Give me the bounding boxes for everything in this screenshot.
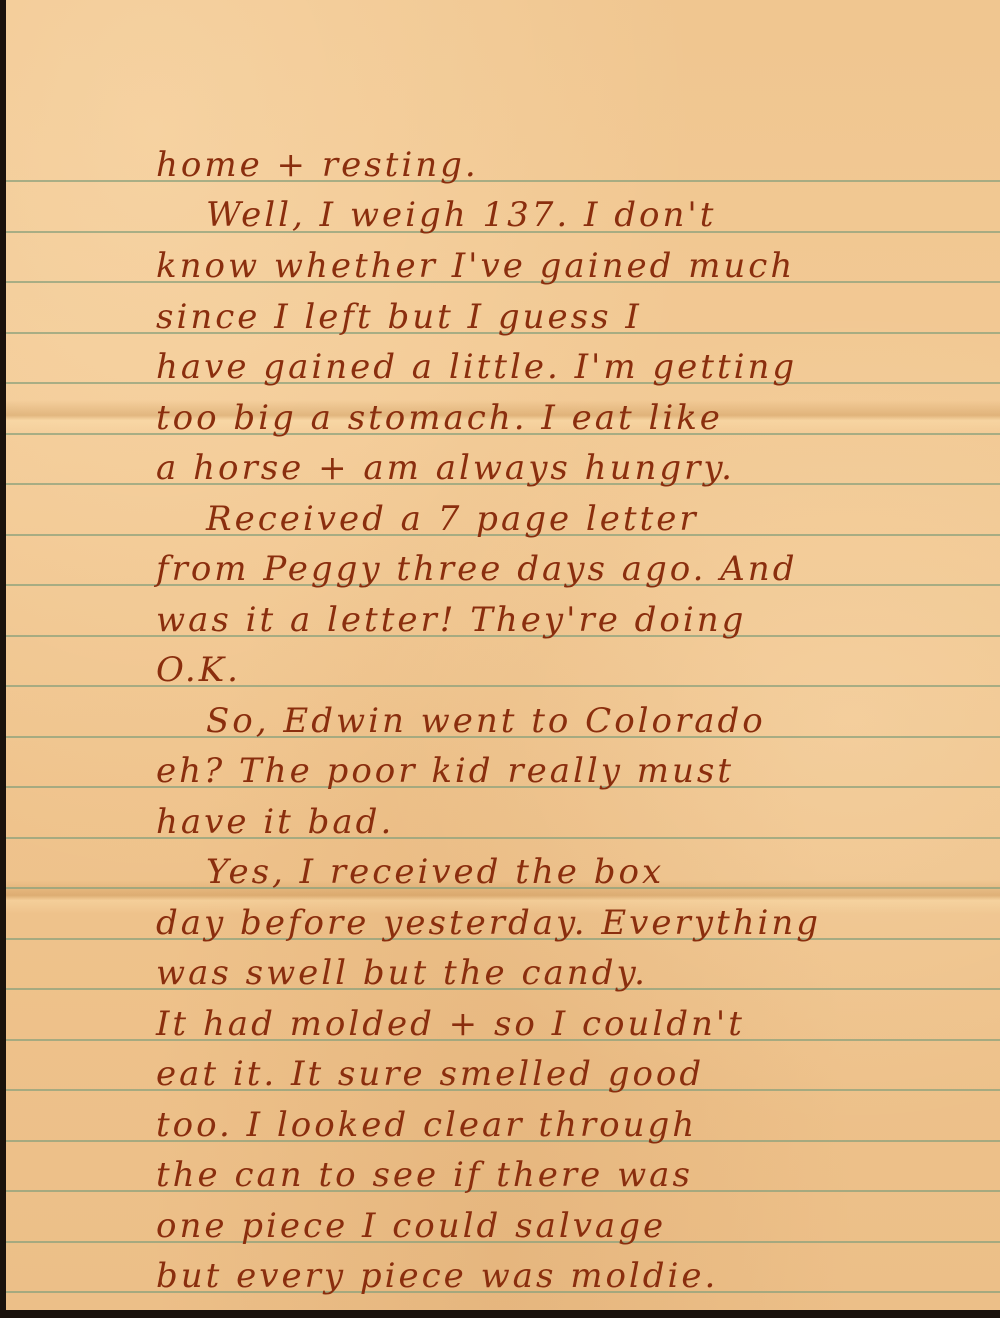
handwritten-line: O.K.: [156, 653, 241, 687]
handwritten-line: a horse + am always hungry.: [156, 451, 735, 485]
handwritten-line: one piece I could salvage: [156, 1209, 666, 1243]
handwritten-line: Received a 7 page letter: [206, 502, 699, 536]
handwritten-line: from Peggy three days ago. And: [156, 552, 797, 586]
handwritten-line: So, Edwin went to Colorado: [206, 704, 766, 738]
handwritten-line: have it bad.: [156, 805, 394, 839]
handwritten-line: but every piece was moldie.: [156, 1259, 718, 1293]
handwritten-line: eat it. It sure smelled good: [156, 1057, 704, 1091]
handwritten-line: too big a stomach. I eat like: [156, 401, 723, 435]
handwritten-line: Well, I weigh 137. I don't: [206, 198, 716, 232]
handwritten-line: It had molded + so I couldn't: [156, 1007, 745, 1041]
handwritten-line: eh? The poor kid really must: [156, 754, 734, 788]
handwritten-line: know whether I've gained much: [156, 249, 795, 283]
handwritten-line: since I left but I guess I: [156, 300, 642, 334]
handwritten-line: Yes, I received the box: [206, 855, 664, 889]
handwritten-line: too. I looked clear through: [156, 1108, 697, 1142]
handwritten-line: was it a letter! They're doing: [156, 603, 746, 637]
scan-edge: [0, 1310, 1000, 1318]
handwritten-line: day before yesterday. Everything: [156, 906, 821, 940]
handwritten-line: the can to see if there was: [156, 1158, 693, 1192]
handwritten-line: home + resting.: [156, 148, 479, 182]
handwritten-line: have gained a little. I'm getting: [156, 350, 797, 384]
letter-page: home + resting. Well, I weigh 137. I don…: [6, 0, 1000, 1310]
handwritten-line: was swell but the candy.: [156, 956, 648, 990]
